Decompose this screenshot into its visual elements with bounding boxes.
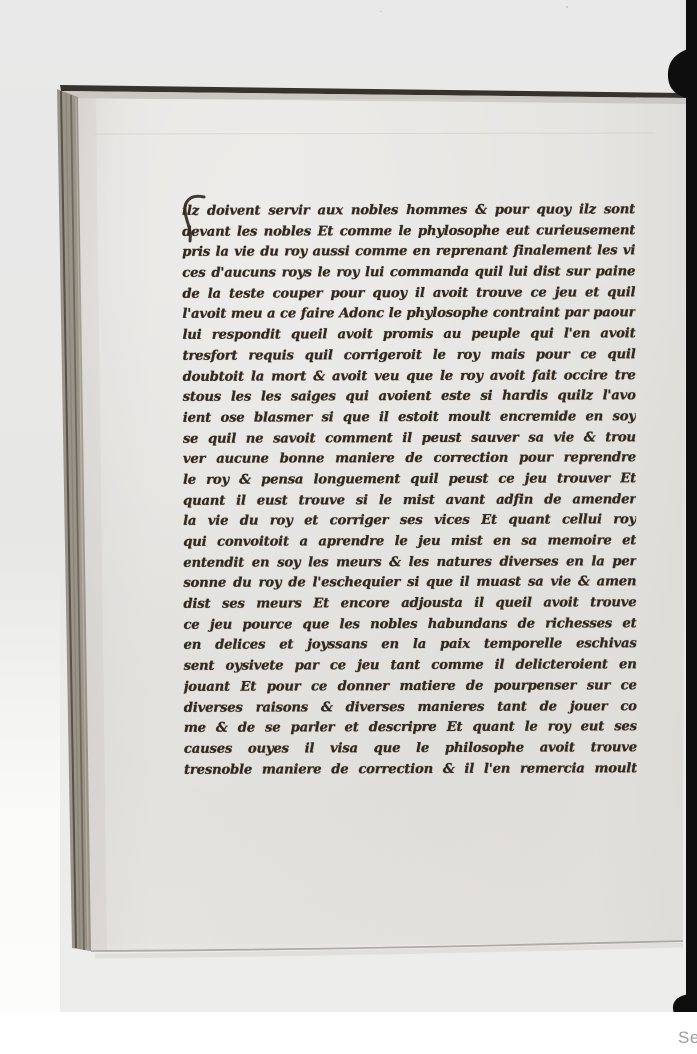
manuscript-line: quant il eust trouve si le mist avant ad… <box>183 490 636 512</box>
manuscript-line: causes ouyes il visa que le philosophe a… <box>184 738 637 760</box>
manuscript-line: entendit en soy les meurs & les natures … <box>183 552 636 574</box>
manuscript-line: devant les nobles Et comme le phylosophe… <box>182 221 635 243</box>
manuscript-line: sent oysivete par ce jeu tant comme il d… <box>184 655 637 677</box>
manuscript-line: stous les les saiges qui avoient este si… <box>183 386 636 408</box>
manuscript-line: la vie du roy et corriger ses vices Et q… <box>183 511 636 533</box>
manuscript-line: diverses raisons & diverses manieres tan… <box>184 697 637 719</box>
dust-speck <box>380 11 382 12</box>
manuscript-line: jouant Et pour ce donner matiere de pour… <box>184 676 637 698</box>
manuscript-text-block: ilz doivent servir aux nobles hommes & p… <box>182 200 637 781</box>
manuscript-line: qui convoitoit a aprendre le jeu mist en… <box>183 531 636 553</box>
manuscript-line: ver aucune bonne maniere de correction p… <box>183 448 636 470</box>
dust-speck <box>566 6 568 8</box>
manuscript-line: doubtoit la mort & avoit veu que le roy … <box>183 366 636 388</box>
corner-label: Se <box>678 1028 697 1048</box>
manuscript-line: dist ses meurs Et encore adjousta il que… <box>183 593 636 615</box>
manuscript-line: ilz doivent servir aux nobles hommes & p… <box>182 200 635 222</box>
manuscript-line: ces d'aucuns roys le roy lui commanda qu… <box>182 262 635 284</box>
manuscript-line: l'avoit meu a ce faire Adonc le phylosop… <box>182 304 635 326</box>
film-edge-strip <box>686 0 697 1012</box>
manuscript-line: tresnoble maniere de correction & il l'e… <box>184 759 637 781</box>
manuscript-line: sonne du roy de l'eschequier si que il m… <box>183 573 636 595</box>
manuscript-line: ient ose blasmer si que il estoit moult … <box>183 407 636 429</box>
film-edge-bump-bottom <box>673 993 697 1012</box>
manuscript-line: pris la vie du roy aussi comme en repren… <box>182 242 635 264</box>
manuscript-line: se quil ne savoit comment il peust sauve… <box>183 428 636 450</box>
manuscript-line: ce jeu pource que les nobles habundans d… <box>183 614 636 636</box>
film-edge-bump-top <box>668 46 697 100</box>
manuscript-line: le roy & pensa longuement quil peust ce … <box>183 469 636 491</box>
manuscript-line: lui respondit queil avoit promis au peup… <box>182 324 635 346</box>
manuscript-line: en delices et joyssans en la paix tempor… <box>184 635 637 657</box>
manuscript-line: de la teste couper pour quoy il avoit tr… <box>182 283 635 305</box>
manuscript-line: tresfort requis quil corrigeroit le roy … <box>182 345 635 367</box>
manuscript-line: me & de se parler et descripre Et quant … <box>184 717 637 739</box>
